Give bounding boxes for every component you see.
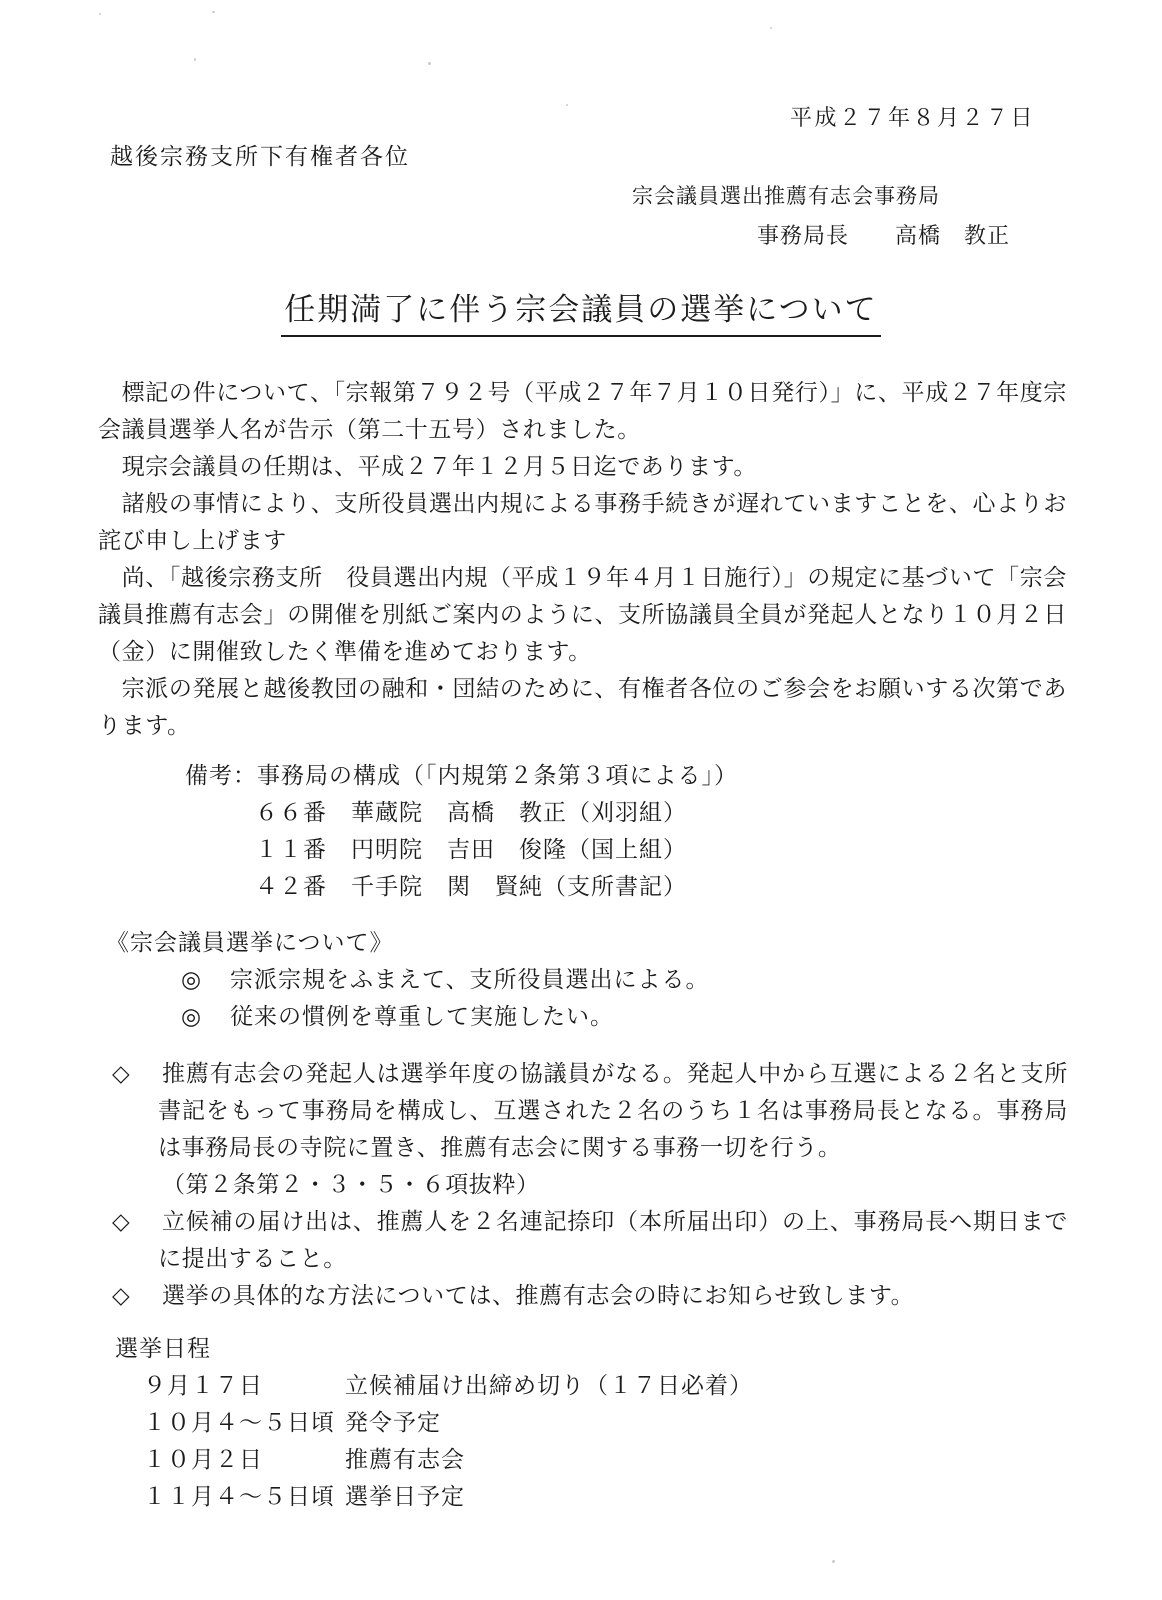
- double-circle-bullet-icon: ◎: [181, 961, 230, 998]
- remark-member-row: ６６番 華蔵院 高橋 教正（刈羽組）: [255, 794, 738, 831]
- schedule-date: １０月４～５日頃: [143, 1404, 345, 1441]
- scan-speck: [212, 11, 215, 13]
- schedule-event: 発令予定: [345, 1404, 441, 1441]
- scan-speck: [770, 27, 772, 29]
- scan-speck: [194, 58, 196, 61]
- schedule-event: 立候補届け出締め切り（１７日必着）: [345, 1367, 753, 1404]
- body-paragraph: 諸般の事情により、支所役員選出内規による事務手続きが遅れていますことを、心よりお…: [98, 485, 1067, 559]
- schedule-section: 選挙日程 ９月１７日 立候補届け出締め切り（１７日必着） １０月４～５日頃 発令…: [115, 1330, 753, 1515]
- body-paragraph: 宗派の発展と越後教団の融和・団結のために、有権者各位のご参会をお願いする次第であ…: [98, 670, 1067, 744]
- diamond-bullet-icon: ◇: [112, 1203, 130, 1240]
- remark-member-row: ４２番 千手院 関 賢純（支所書記）: [255, 868, 738, 905]
- scan-speck: [99, 13, 101, 15]
- body-paragraph: 標記の件について、「宗報第７９２号（平成２７年７月１０日発行）」に、平成２７年度…: [98, 374, 1067, 448]
- note-text: 選挙の具体的な方法については、推薦有志会の時にお知らせ致します。: [158, 1277, 1068, 1314]
- schedule-row: １０月４～５日頃 発令予定: [143, 1404, 753, 1441]
- election-item-text: 宗派宗規をふまえて、支所役員選出による。: [230, 967, 710, 992]
- title-row: 任期満了に伴う宗会議員の選挙について: [0, 284, 1162, 337]
- sender-organization: 宗会議員選出推薦有志会事務局: [632, 180, 940, 210]
- sender-name: 高橋 教正: [895, 223, 1010, 248]
- schedule-row: １０月２日 推薦有志会: [143, 1441, 753, 1478]
- scan-speck: [832, 1560, 835, 1563]
- note-text: 推薦有志会の発起人は選挙年度の協議員がなる。発起人中から互選による２名と支所書記…: [158, 1055, 1068, 1166]
- scan-speck: [566, 104, 568, 106]
- note-item: ◇ 推薦有志会の発起人は選挙年度の協議員がなる。発起人中から互選による２名と支所…: [98, 1055, 1068, 1203]
- election-item: ◎宗派宗規をふまえて、支所役員選出による。: [106, 961, 710, 998]
- notes-section: ◇ 推薦有志会の発起人は選挙年度の協議員がなる。発起人中から互選による２名と支所…: [98, 1055, 1068, 1314]
- body-text: 標記の件について、「宗報第７９２号（平成２７年７月１０日発行）」に、平成２７年度…: [98, 374, 1067, 744]
- remarks-section: 備考：事務局の構成（「内規第２条第３項による」） ６６番 華蔵院 高橋 教正（刈…: [185, 757, 738, 905]
- note-item: ◇ 立候補の届け出は、推薦人を２名連記捺印（本所届出印）の上、事務局長へ期日まで…: [98, 1203, 1068, 1277]
- note-item: ◇ 選挙の具体的な方法については、推薦有志会の時にお知らせ致します。: [98, 1277, 1068, 1314]
- election-item: ◎従来の慣例を尊重して実施したい。: [106, 998, 710, 1035]
- schedule-event: 選挙日予定: [345, 1478, 465, 1515]
- schedule-heading: 選挙日程: [115, 1330, 753, 1367]
- remark-member-row: １１番 円明院 吉田 俊隆（国上組）: [255, 831, 738, 868]
- election-item-text: 従来の慣例を尊重して実施したい。: [230, 1004, 614, 1029]
- double-circle-bullet-icon: ◎: [181, 998, 230, 1035]
- document-page: 平成２７年８月２７日 越後宗務支所下有権者各位 宗会議員選出推薦有志会事務局 事…: [0, 0, 1162, 1600]
- schedule-row: １１月４～５日頃 選挙日予定: [143, 1478, 753, 1515]
- election-about-section: 《宗会議員選挙について》 ◎宗派宗規をふまえて、支所役員選出による。 ◎従来の慣…: [106, 924, 710, 1035]
- diamond-bullet-icon: ◇: [112, 1055, 130, 1092]
- note-text: 立候補の届け出は、推薦人を２名連記捺印（本所届出印）の上、事務局長へ期日までに提…: [158, 1203, 1068, 1277]
- body-paragraph: 尚、「越後宗務支所 役員選出内規（平成１９年４月１日施行）」の規定に基づいて「宗…: [98, 559, 1067, 670]
- schedule-event: 推薦有志会: [345, 1441, 465, 1478]
- election-section-heading: 《宗会議員選挙について》: [106, 924, 710, 961]
- note-excerpt: （第２条第２・３・５・６項抜粋）: [158, 1166, 1068, 1203]
- scan-speck: [428, 62, 431, 65]
- diamond-bullet-icon: ◇: [112, 1277, 130, 1314]
- body-paragraph: 現宗会議員の任期は、平成２７年１２月５日迄であります。: [98, 448, 1067, 485]
- schedule-date: １１月４～５日頃: [143, 1478, 345, 1515]
- schedule-date: ９月１７日: [143, 1367, 345, 1404]
- schedule-date: １０月２日: [143, 1441, 345, 1478]
- sender-line: 事務局長高橋 教正: [757, 219, 1010, 250]
- page-title: 任期満了に伴う宗会議員の選挙について: [281, 284, 880, 337]
- addressee-line: 越後宗務支所下有権者各位: [110, 138, 410, 171]
- sender-role: 事務局長: [757, 223, 849, 248]
- document-date: 平成２７年８月２７日: [790, 101, 1035, 132]
- schedule-row: ９月１７日 立候補届け出締め切り（１７日必着）: [143, 1367, 753, 1404]
- remarks-heading: 備考：事務局の構成（「内規第２条第３項による」）: [185, 757, 738, 794]
